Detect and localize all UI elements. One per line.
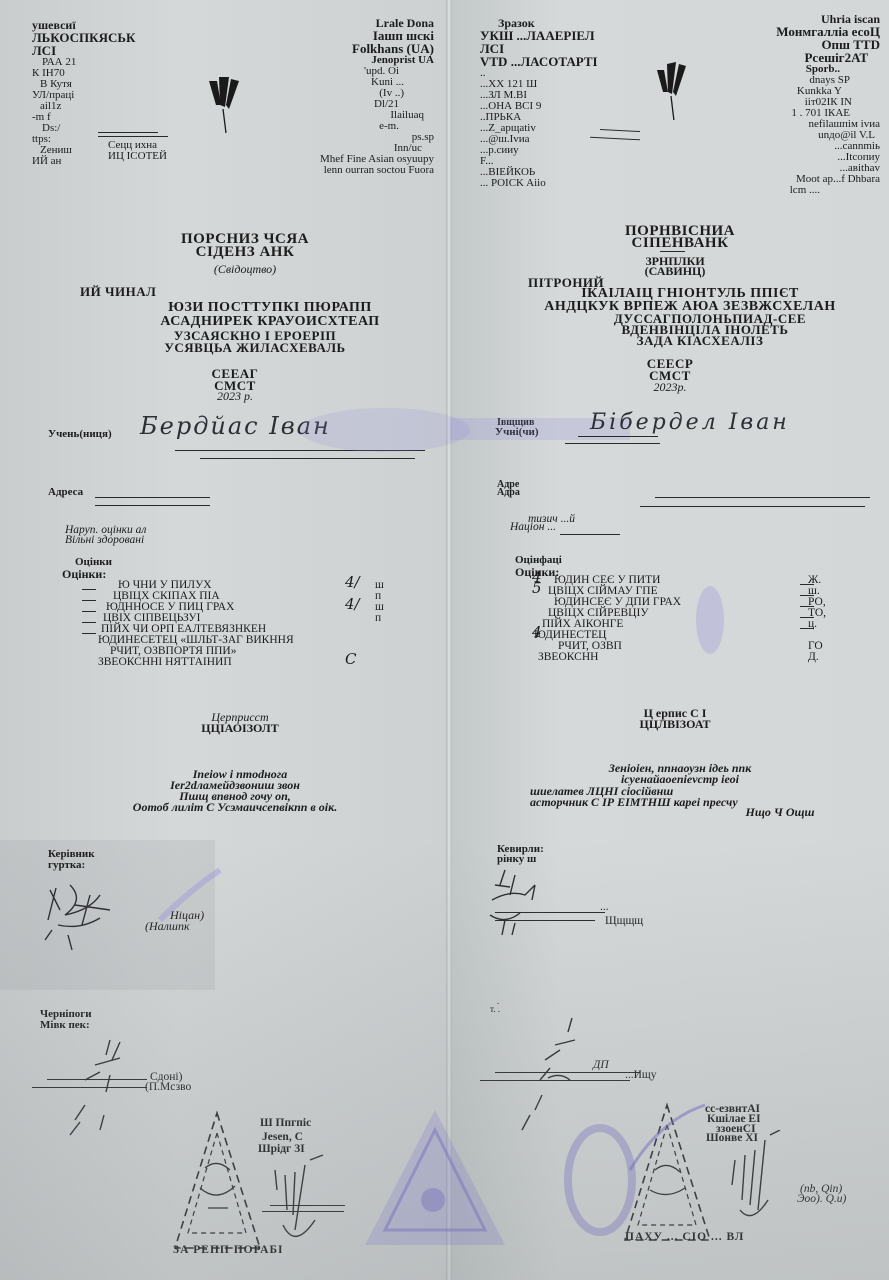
signature-icon (40, 1030, 160, 1150)
signature-icon (480, 865, 570, 945)
right-closing-line: Нщо Ч Ощш (740, 805, 820, 820)
left-program-line: ИЙ ЧИНАЛ (80, 284, 200, 299)
left-header-tail: Сецц ихна ИЦ ІСОТЕЙ (88, 128, 193, 162)
left-methodist-name: (П.Мсзво (145, 1082, 191, 1093)
left-year: 2023 р. (190, 389, 280, 404)
right-header-block-right: Uhria iscan Монмгалліа есоЦ Опш TTD Рсеш… (710, 14, 880, 196)
underline (560, 534, 620, 535)
grade-mark-handwritten: 4 (532, 627, 542, 638)
violet-ink-smudge-icon (150, 860, 230, 930)
grade-value: п (375, 613, 381, 624)
underline (270, 1205, 345, 1206)
header-line: Ilailuaq (262, 110, 434, 121)
underline (480, 1080, 630, 1081)
underline (47, 1079, 147, 1080)
left-stamp-text: Ш Ппгпіс (260, 1118, 311, 1129)
underline (565, 443, 660, 444)
grade-mark-handwritten: 5 (532, 583, 542, 594)
underline (95, 505, 210, 506)
left-closing-line: Оотоб лиліт С Усэмаичсепвікпп в оік. (70, 800, 400, 815)
right-achievement-label: Націон ... (510, 522, 556, 533)
header-line: ИЦ ІСОТЕЙ (88, 151, 193, 162)
underline (32, 1087, 147, 1088)
right-stamp-ring-text: ПАХУ ... СІО ... ВЛ (625, 1232, 744, 1243)
header-line: e-m. (262, 121, 434, 132)
left-grades-title: Оцінки: (62, 567, 106, 582)
right-year: 2023р. (630, 380, 710, 395)
header-line: ЛЬКОСПКЯСЬК (32, 31, 202, 44)
left-stamp-text: Jesen, С (262, 1132, 303, 1143)
grade-value: Д. (808, 652, 819, 663)
grade-bullet-line (800, 628, 814, 629)
violet-triangular-stamp-icon (355, 1100, 515, 1260)
header-line: lenn ourran soctou Fuora (262, 165, 434, 176)
right-director-name: Щщщщ (605, 916, 643, 927)
left-program-line: АСАДНИРЕК КРАУОИСХТЕАП (130, 314, 410, 329)
grade-mark-handwritten: 4/ (345, 599, 360, 610)
grade-subject: ЗВЕОКСННІ НЯТТАІНИП (98, 657, 232, 668)
right-methodist-name: ...Ищу (625, 1070, 657, 1081)
grade-mark-handwritten: С (345, 654, 356, 665)
right-director-name: ... (600, 902, 609, 913)
underline (655, 497, 870, 498)
underline (495, 912, 605, 913)
right-header-block-left: Зразок УКШ ...ЛААЕРІЕЛ ЛСІ VTD ...ЛАСОТА… (480, 18, 650, 189)
underline (495, 1072, 640, 1073)
left-achievement-label: Вільні здоровані (65, 535, 144, 546)
underline (578, 436, 658, 437)
right-program-line: ЗАДА КІАСХЕАЛІЗ (580, 333, 820, 348)
header-line: Kunkka Y (710, 86, 880, 97)
signature-icon (30, 870, 140, 960)
grade-bullet-line (82, 589, 96, 590)
header-line: ...p.cииу (480, 145, 650, 156)
header-line: dnays SP (710, 75, 880, 86)
underline (495, 920, 595, 921)
right-methodist-label: т. . (490, 1004, 500, 1015)
right-methodist-name: ДП (593, 1060, 609, 1071)
header-line: Jenoprist UA (262, 55, 434, 66)
right-address-label: Адра (497, 487, 520, 498)
right-center-name: ЦЦЛВІЗОАТ (580, 717, 770, 732)
right-pupil-name-handwritten: Бібердел Іван (590, 410, 790, 435)
title-rule (660, 251, 685, 252)
grade-bullet-line (82, 611, 96, 612)
header-line: (Iv ..) (262, 88, 434, 99)
header-line: УКШ ...ЛААЕРІЕЛ (480, 29, 650, 42)
header-line: ail1z (32, 101, 202, 112)
left-program-line: УСЯВЦЬА ЖИЛАСХЕВАЛЬ (130, 340, 380, 355)
header-rule (98, 132, 158, 133)
page-fold (446, 0, 452, 1280)
underline (262, 1211, 344, 1212)
left-pupil-label: Учень(ниця) (48, 428, 112, 440)
tricolor-chevron-logo-icon (655, 60, 689, 120)
grade-bullet-line (82, 622, 96, 623)
grade-bullet-line (82, 600, 96, 601)
underline (95, 497, 210, 498)
header-line: lcm .... (710, 185, 880, 196)
header-rule (98, 136, 168, 137)
tricolor-chevron-logo-icon (207, 75, 241, 135)
right-signer-name: Эоо). Q.u) (797, 1194, 846, 1205)
left-subtitle: (Свідоцтво) (150, 262, 340, 277)
header-line: Kuni ... (262, 77, 434, 88)
grade-bullet-line (82, 633, 96, 634)
right-director-label: рінку ш (497, 853, 536, 865)
left-header-block-right: Lrale Dona Іашп шскі Folkhans (UA) Jenop… (262, 18, 434, 176)
left-title-line-2: СІДЕНЗ АНК (120, 245, 370, 260)
grade-mark-handwritten: 4/ (345, 577, 360, 588)
left-address-label: Адреса (48, 486, 83, 498)
header-line: ... POICK Aiio (480, 178, 650, 189)
left-center-name: ЦЦІАОІЗОЛТ (150, 721, 330, 736)
underline (640, 506, 865, 507)
header-line: Sporb.. (710, 64, 880, 75)
signature-icon (720, 1130, 790, 1230)
violet-ink-smudge-icon (690, 580, 730, 660)
header-line: VTD ...ЛАСОТАРТІ (480, 55, 650, 68)
grade-subject: ЗВЕОКСНН (538, 652, 598, 663)
left-program-line: ЮЗИ ПОСТТУПКІ ПЮРАПП (130, 300, 410, 315)
header-line: 'upd. Oi (262, 66, 434, 77)
right-title-line-2: СІПЕНВАНК (560, 236, 800, 251)
header-line: Рсешіг2АТ (710, 51, 880, 64)
